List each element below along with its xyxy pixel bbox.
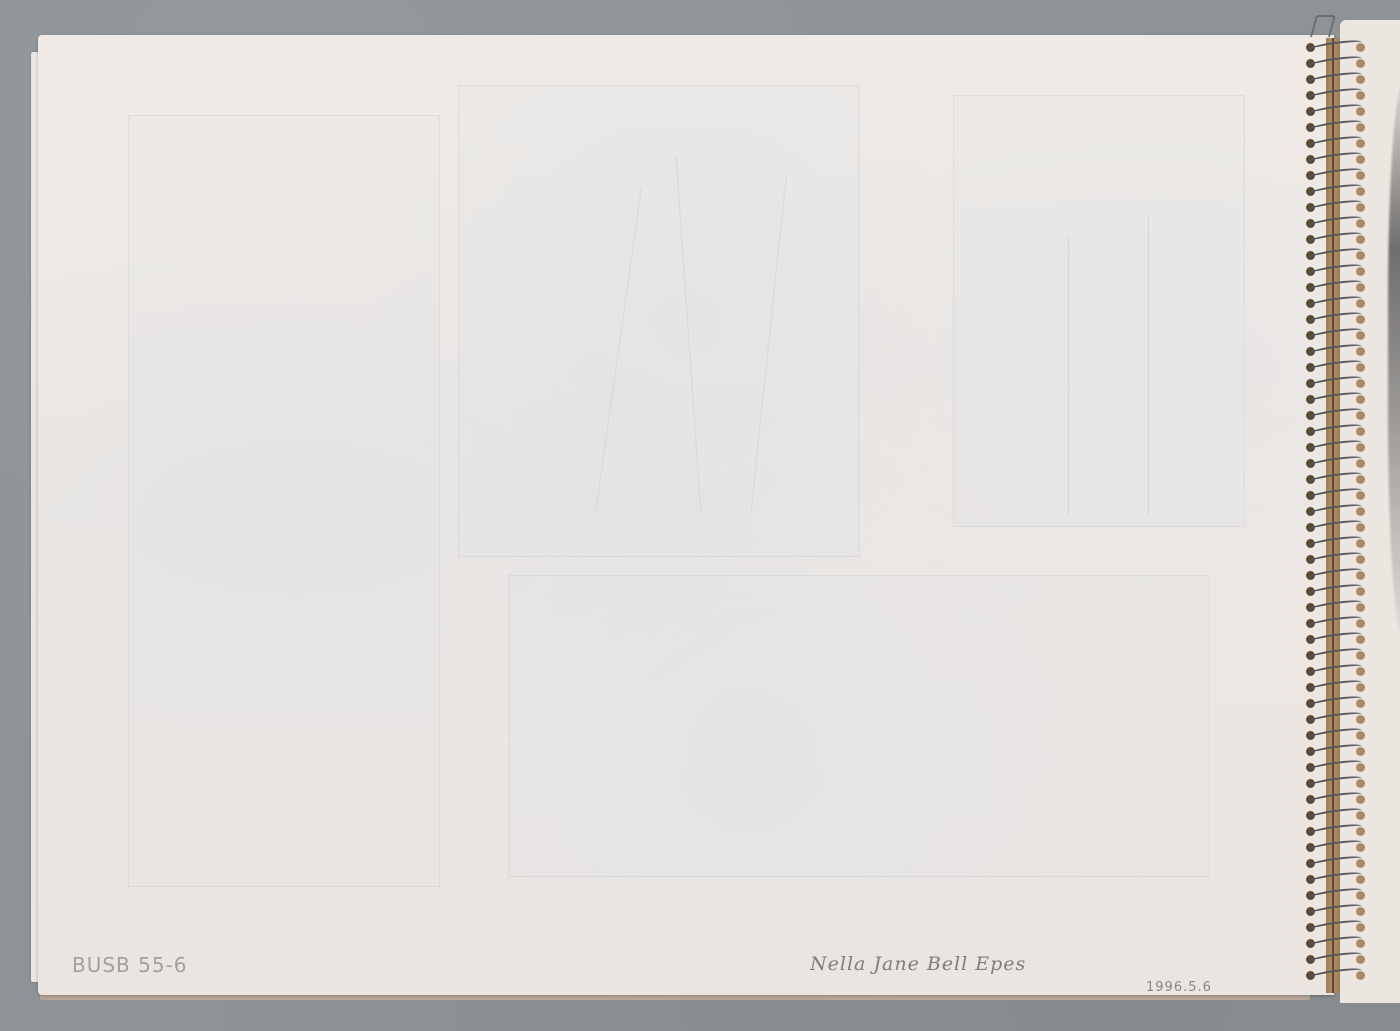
punch-hole <box>1356 939 1365 948</box>
wire-loop <box>1308 742 1363 757</box>
spiral-coil <box>1296 488 1366 504</box>
spiral-coil <box>1296 680 1366 696</box>
punch-hole <box>1356 123 1365 132</box>
spiral-coil <box>1296 824 1366 840</box>
punch-hole <box>1356 619 1365 628</box>
wire-loop <box>1308 614 1363 629</box>
spiral-coil <box>1296 344 1366 360</box>
wire-loop <box>1308 758 1363 773</box>
punch-hole <box>1356 779 1365 788</box>
spiral-coil <box>1296 168 1366 184</box>
punch-hole <box>1356 699 1365 708</box>
punch-hole <box>1356 171 1365 180</box>
punch-hole <box>1356 603 1365 612</box>
ghost-stroke <box>1068 235 1069 515</box>
wire-loop <box>1308 790 1363 805</box>
punch-hole <box>1356 571 1365 580</box>
wire-loop <box>1308 374 1363 389</box>
wire-loop <box>1308 230 1363 245</box>
spiral-coil <box>1296 712 1366 728</box>
punch-hole <box>1356 107 1365 116</box>
wire-loop <box>1308 646 1363 661</box>
spiral-coil <box>1296 440 1366 456</box>
spiral-coil <box>1296 216 1366 232</box>
punch-hole <box>1356 907 1365 916</box>
wire-loop <box>1308 822 1363 837</box>
wire-loop <box>1308 454 1363 469</box>
punch-hole <box>1356 315 1365 324</box>
spiral-coil <box>1296 840 1366 856</box>
punch-hole <box>1356 459 1365 468</box>
spiral-coil <box>1296 648 1366 664</box>
spiral-coil <box>1296 760 1366 776</box>
wire-loop <box>1308 678 1363 693</box>
wire-loop <box>1308 566 1363 581</box>
wire-loop <box>1308 662 1363 677</box>
wire-loop <box>1308 38 1363 53</box>
punch-hole <box>1356 299 1365 308</box>
wire-loop <box>1308 774 1363 789</box>
punch-hole <box>1356 731 1365 740</box>
punch-hole <box>1356 971 1365 980</box>
spiral-coil <box>1296 296 1366 312</box>
punch-hole <box>1356 763 1365 772</box>
punch-hole <box>1356 91 1365 100</box>
spiral-coil <box>1296 504 1366 520</box>
spiral-coil <box>1296 872 1366 888</box>
wire-loop <box>1308 470 1363 485</box>
ghost-sketch-left <box>128 115 440 887</box>
punch-hole <box>1356 139 1365 148</box>
wire-loop <box>1308 390 1363 405</box>
punch-hole <box>1356 363 1365 372</box>
punch-hole <box>1356 235 1365 244</box>
spiral-coil <box>1296 952 1366 968</box>
wire-loop <box>1308 518 1363 533</box>
punch-hole <box>1356 875 1365 884</box>
wire-loop <box>1308 246 1363 261</box>
spiral-binding <box>1296 40 1366 1000</box>
punch-hole <box>1356 507 1365 516</box>
spiral-coil <box>1296 696 1366 712</box>
spiral-coil <box>1296 632 1366 648</box>
punch-hole <box>1356 427 1365 436</box>
ghost-sketch-bottom-center <box>508 575 1210 877</box>
wire-loop <box>1308 630 1363 645</box>
ink-wash-mark <box>1388 80 1400 640</box>
punch-hole <box>1356 651 1365 660</box>
spiral-coil <box>1296 376 1366 392</box>
spiral-coil <box>1296 280 1366 296</box>
ghost-stroke <box>1148 215 1149 515</box>
spiral-coil <box>1296 456 1366 472</box>
spiral-coil <box>1296 424 1366 440</box>
punch-hole <box>1356 635 1365 644</box>
wire-loop <box>1308 902 1363 917</box>
punch-hole <box>1356 379 1365 388</box>
spiral-coil <box>1296 888 1366 904</box>
wire-loop <box>1308 694 1363 709</box>
wire-loop <box>1308 598 1363 613</box>
spiral-coil <box>1296 968 1366 984</box>
punch-hole <box>1356 715 1365 724</box>
punch-hole <box>1356 331 1365 340</box>
wire-loop <box>1308 262 1363 277</box>
spiral-coil <box>1296 328 1366 344</box>
wire-loop <box>1308 294 1363 309</box>
spiral-coil <box>1296 40 1366 56</box>
punch-hole <box>1356 155 1365 164</box>
punch-hole <box>1356 523 1365 532</box>
wire-loop <box>1308 326 1363 341</box>
punch-hole <box>1356 347 1365 356</box>
spiral-coil <box>1296 120 1366 136</box>
wire-loop <box>1308 278 1363 293</box>
wire-loop <box>1308 54 1363 69</box>
wire-loop <box>1308 550 1363 565</box>
accession-number-inscription: 1996.5.6 <box>1146 980 1212 995</box>
spiral-coil <box>1296 600 1366 616</box>
wire-loop <box>1308 86 1363 101</box>
spiral-coil <box>1296 936 1366 952</box>
wire-loop <box>1308 870 1363 885</box>
punch-hole <box>1356 747 1365 756</box>
spiral-coil <box>1296 536 1366 552</box>
wire-loop <box>1308 438 1363 453</box>
wire-loop <box>1308 710 1363 725</box>
ghost-sketch-right-top <box>953 95 1245 527</box>
wire-loop <box>1308 166 1363 181</box>
wire-loop <box>1308 854 1363 869</box>
punch-hole <box>1356 683 1365 692</box>
spiral-coil <box>1296 616 1366 632</box>
punch-hole <box>1356 411 1365 420</box>
spiral-coil <box>1296 552 1366 568</box>
wire-loop <box>1308 422 1363 437</box>
punch-hole <box>1356 795 1365 804</box>
spiral-coil <box>1296 744 1366 760</box>
punch-hole <box>1356 555 1365 564</box>
punch-hole <box>1356 395 1365 404</box>
punch-hole <box>1356 955 1365 964</box>
wire-loop <box>1308 950 1363 965</box>
sketchbook-page: BUSB 55-6 Nella Jane Bell Epes 1996.5.6 <box>38 35 1334 995</box>
wire-loop <box>1308 358 1363 373</box>
wire-loop <box>1308 966 1363 981</box>
wire-loop <box>1308 198 1363 213</box>
wire-loop <box>1308 406 1363 421</box>
spiral-coil <box>1296 808 1366 824</box>
spiral-coil <box>1296 184 1366 200</box>
spiral-coil <box>1296 792 1366 808</box>
wire-loop <box>1308 726 1363 741</box>
wire-loop <box>1308 214 1363 229</box>
punch-hole <box>1356 475 1365 484</box>
punch-hole <box>1356 43 1365 52</box>
spiral-coil <box>1296 920 1366 936</box>
punch-hole <box>1356 443 1365 452</box>
spiral-coil <box>1296 232 1366 248</box>
spiral-coil <box>1296 312 1366 328</box>
punch-hole <box>1356 859 1365 868</box>
wire-loop <box>1308 310 1363 325</box>
spiral-coil <box>1296 136 1366 152</box>
punch-hole <box>1356 923 1365 932</box>
wire-loop <box>1308 134 1363 149</box>
spiral-coil <box>1296 664 1366 680</box>
punch-hole <box>1356 75 1365 84</box>
spiral-coil <box>1296 88 1366 104</box>
spiral-coil <box>1296 360 1366 376</box>
spiral-coil <box>1296 72 1366 88</box>
spiral-coil <box>1296 248 1366 264</box>
punch-hole <box>1356 267 1365 276</box>
punch-hole <box>1356 827 1365 836</box>
spiral-coil <box>1296 104 1366 120</box>
punch-hole <box>1356 587 1365 596</box>
punch-hole <box>1356 891 1365 900</box>
punch-hole <box>1356 187 1365 196</box>
punch-hole <box>1356 219 1365 228</box>
spiral-coil <box>1296 728 1366 744</box>
wire-loop <box>1308 934 1363 949</box>
spiral-coil <box>1296 408 1366 424</box>
artist-name-inscription: Nella Jane Bell Epes <box>810 953 1026 975</box>
punch-hole <box>1356 667 1365 676</box>
spiral-coil <box>1296 568 1366 584</box>
punch-hole <box>1356 251 1365 260</box>
punch-hole <box>1356 811 1365 820</box>
wire-loop <box>1308 918 1363 933</box>
spiral-coil <box>1296 152 1366 168</box>
spiral-coil <box>1296 472 1366 488</box>
punch-hole <box>1356 283 1365 292</box>
wire-loop <box>1308 118 1363 133</box>
punch-hole <box>1356 843 1365 852</box>
wire-loop <box>1308 70 1363 85</box>
spiral-coil <box>1296 56 1366 72</box>
wire-loop <box>1308 806 1363 821</box>
punch-hole <box>1356 539 1365 548</box>
wire-loop <box>1308 838 1363 853</box>
wire-loop <box>1308 582 1363 597</box>
punch-hole <box>1356 491 1365 500</box>
spiral-coil <box>1296 392 1366 408</box>
punch-hole <box>1356 59 1365 68</box>
spiral-coil <box>1296 584 1366 600</box>
wire-loop <box>1308 182 1363 197</box>
spiral-coil <box>1296 520 1366 536</box>
wire-loop <box>1308 502 1363 517</box>
spiral-coil <box>1296 904 1366 920</box>
spiral-coil <box>1296 264 1366 280</box>
wire-loop <box>1308 150 1363 165</box>
spiral-coil <box>1296 856 1366 872</box>
wire-loop <box>1308 486 1363 501</box>
catalog-number-inscription: BUSB 55-6 <box>72 953 188 977</box>
punch-hole <box>1356 203 1365 212</box>
wire-loop <box>1308 102 1363 117</box>
spiral-coil <box>1296 776 1366 792</box>
wire-loop <box>1308 342 1363 357</box>
ghost-sketch-center-top <box>458 85 860 557</box>
wire-loop <box>1308 886 1363 901</box>
spiral-coil <box>1296 200 1366 216</box>
wire-loop <box>1308 534 1363 549</box>
